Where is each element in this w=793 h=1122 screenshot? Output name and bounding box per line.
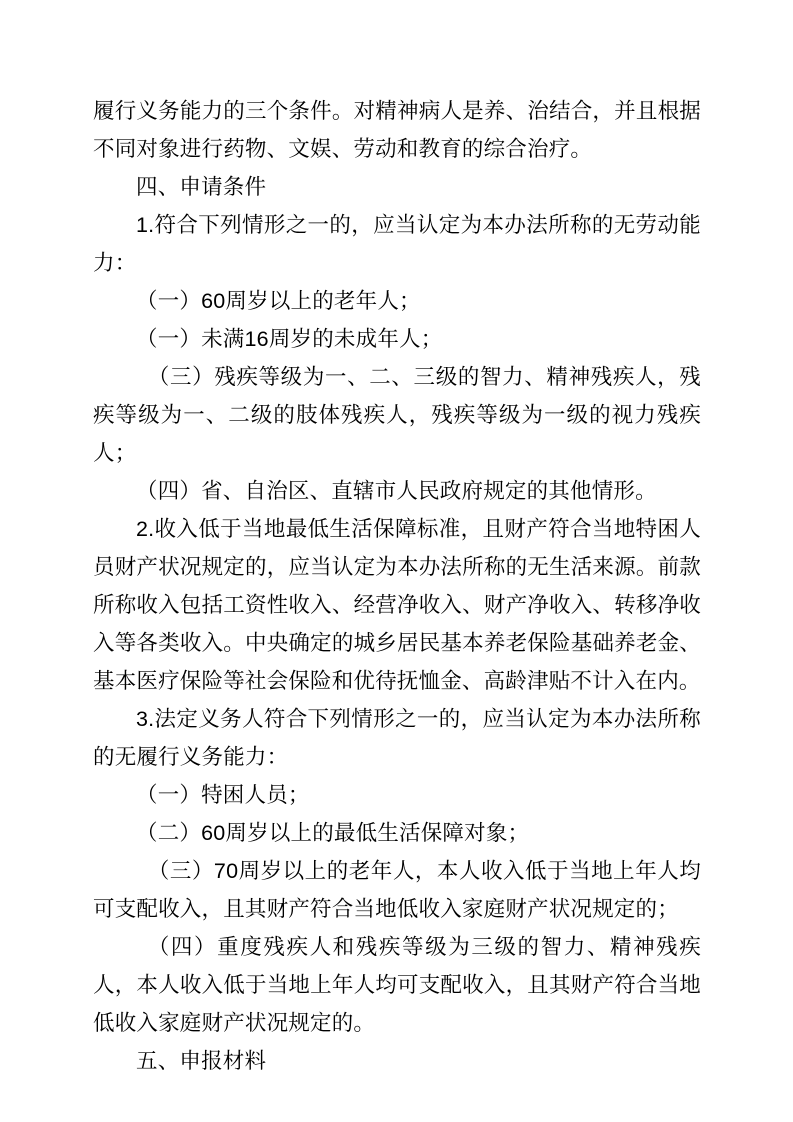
- list-item-other-circumstances: （四）省、自治区、直辖市人民政府规定的其他情形。: [93, 472, 701, 510]
- document-page: 履行义务能力的三个条件。对精神病人是养、治结合，并且根据不同对象进行药物、文娱、…: [0, 0, 793, 1122]
- para-clause-no-work-ability: 1.符合下列情形之一的，应当认定为本办法所称的无劳动能力：: [93, 206, 701, 282]
- heading-application-materials: 五、申报材料: [93, 1042, 701, 1080]
- document-body: 履行义务能力的三个条件。对精神病人是养、治结合，并且根据不同对象进行药物、文娱、…: [93, 92, 701, 1080]
- list-item-minimum-living-60: （二）60周岁以上的最低生活保障对象；: [93, 814, 701, 852]
- list-item-tekun-person: （一）特困人员；: [93, 776, 701, 814]
- para-clause-no-income-source: 2.收入低于当地最低生活保障标准，且财产符合当地特困人员财产状况规定的，应当认定…: [93, 510, 701, 700]
- list-item-minor-under-16: （一）未满16周岁的未成年人；: [93, 320, 701, 358]
- para-clause-obligor-inability: 3.法定义务人符合下列情形之一的，应当认定为本办法所称的无履行义务能力：: [93, 700, 701, 776]
- list-item-elderly-70-income: （三）70周岁以上的老年人，本人收入低于当地上年人均可支配收入，且其财产符合当地…: [93, 852, 701, 928]
- list-item-disability-grades: （三）残疾等级为一、二、三级的智力、精神残疾人，残疾等级为一、二级的肢体残疾人，…: [93, 358, 701, 472]
- para-continued-text: 履行义务能力的三个条件。对精神病人是养、治结合，并且根据不同对象进行药物、文娱、…: [93, 92, 701, 168]
- heading-application-conditions: 四、申请条件: [93, 168, 701, 206]
- list-item-elderly-60: （一）60周岁以上的老年人；: [93, 282, 701, 320]
- list-item-severe-disability: （四）重度残疾人和残疾等级为三级的智力、精神残疾人，本人收入低于当地上年人均可支…: [93, 928, 701, 1042]
